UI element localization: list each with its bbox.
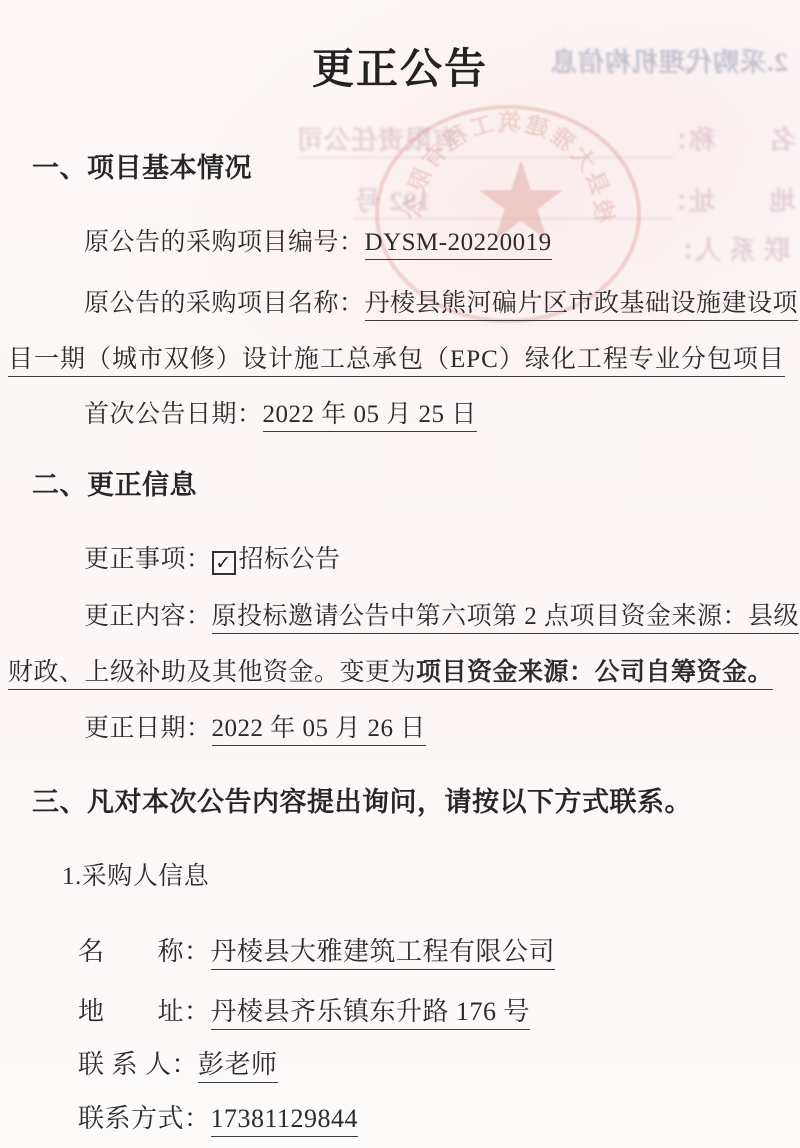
first-announcement-date-line: 首次公告日期：2022 年 05 月 25 日	[84, 394, 477, 430]
original-project-code-line: 原公告的采购项目编号：DYSM-20220019	[84, 222, 552, 258]
correction-content-line-1: 更正内容：原投标邀请公告中第六项第 2 点项目资金来源：县级	[84, 596, 799, 632]
contact-method-value: 17381129844	[211, 1104, 359, 1137]
project-name-value-part2: 目一期（城市双修）设计施工总承包（EPC）绿化工程专业分包项目	[8, 346, 785, 377]
bleedthrough-name-label: 名 称：	[674, 126, 796, 155]
contact-method-label: 联系方式：	[78, 1104, 211, 1133]
purchaser-name-row: 名 称：丹棱县大雅建筑工程有限公司	[78, 931, 555, 968]
checked-checkbox-icon: ✓	[212, 551, 236, 575]
first-date-label: 首次公告日期：	[84, 401, 263, 428]
project-name-label: 原公告的采购项目名称：	[84, 290, 365, 317]
correction-content-line-2: 财政、上级补助及其他资金。变更为项目资金来源：公司自筹资金。	[8, 652, 773, 688]
purchaser-info-subheading: 1.采购人信息	[62, 856, 209, 892]
svg-text:丹棱县大雅建筑工程有限公司: 丹棱县大雅建筑工程有限公司	[399, 100, 648, 225]
correction-item-line: 更正事项：✓招标公告	[84, 539, 341, 575]
purchaser-name-value: 丹棱县大雅建筑工程有限公司	[211, 937, 556, 970]
correction-date-line: 更正日期：2022 年 05 月 26 日	[84, 708, 426, 744]
original-project-name-line-2: 目一期（城市双修）设计施工总承包（EPC）绿化工程专业分包项目	[8, 339, 785, 375]
purchaser-address-label: 地 址：	[78, 997, 211, 1026]
project-code-value: DYSM-20220019	[365, 229, 552, 260]
correction-content-value-bold: 项目资金来源：公司自筹资金。	[416, 659, 773, 690]
correction-item-value: 招标公告	[239, 546, 341, 573]
document-title: 更正公告	[0, 36, 800, 96]
scanned-correction-notice-page: 2.采购代理机构信息 名 称： 有限责任公司 地 址： 192 号 联 系 人：…	[0, 0, 800, 1148]
section-1-heading: 一、项目基本情况	[32, 146, 252, 185]
purchaser-address-value: 丹棱县齐乐镇东升路 176 号	[211, 997, 531, 1030]
project-code-label: 原公告的采购项目编号：	[84, 229, 365, 256]
bleedthrough-name-value: 有限责任公司	[296, 126, 674, 158]
original-project-name-line-1: 原公告的采购项目名称：丹棱县熊河碥片区市政基础设施建设项	[84, 283, 798, 319]
section-3-heading: 三、凡对本次公告内容提出询问，请按以下方式联系。	[32, 780, 692, 819]
purchaser-address-row: 地 址：丹棱县齐乐镇东升路 176 号	[78, 991, 530, 1028]
first-date-value: 2022 年 05 月 25 日	[263, 401, 477, 432]
contact-person-value: 彭老师	[198, 1050, 278, 1083]
correction-date-label: 更正日期：	[84, 715, 212, 742]
project-name-value-part1: 丹棱县熊河碥片区市政基础设施建设项	[365, 290, 799, 321]
correction-item-label: 更正事项：	[84, 546, 212, 573]
purchaser-contact-person-row: 联 系 人：彭老师	[78, 1044, 278, 1081]
section-2-heading: 二、更正信息	[32, 463, 197, 502]
bleedthrough-address-value: 192 号	[354, 187, 674, 219]
purchaser-contact-method-row: 联系方式：17381129844	[78, 1098, 358, 1135]
seal-ring-text: 丹棱县大雅建筑工程有限公司	[399, 100, 648, 225]
correction-content-label: 更正内容：	[84, 603, 212, 630]
purchaser-name-label: 名 称：	[78, 937, 211, 966]
correction-content-value-part1: 原投标邀请公告中第六项第 2 点项目资金来源：县级	[212, 603, 800, 634]
correction-date-value: 2022 年 05 月 26 日	[212, 715, 426, 746]
bleedthrough-line-name: 名 称： 有限责任公司	[296, 120, 796, 157]
bleedthrough-line-address: 地 址： 192 号	[354, 181, 796, 218]
bleedthrough-address-label: 地 址：	[674, 187, 796, 216]
correction-content-value-part2: 财政、上级补助及其他资金。变更为	[8, 659, 416, 690]
contact-person-label: 联 系 人：	[78, 1050, 198, 1079]
bleedthrough-line-contact: 联 系 人：	[667, 230, 790, 267]
